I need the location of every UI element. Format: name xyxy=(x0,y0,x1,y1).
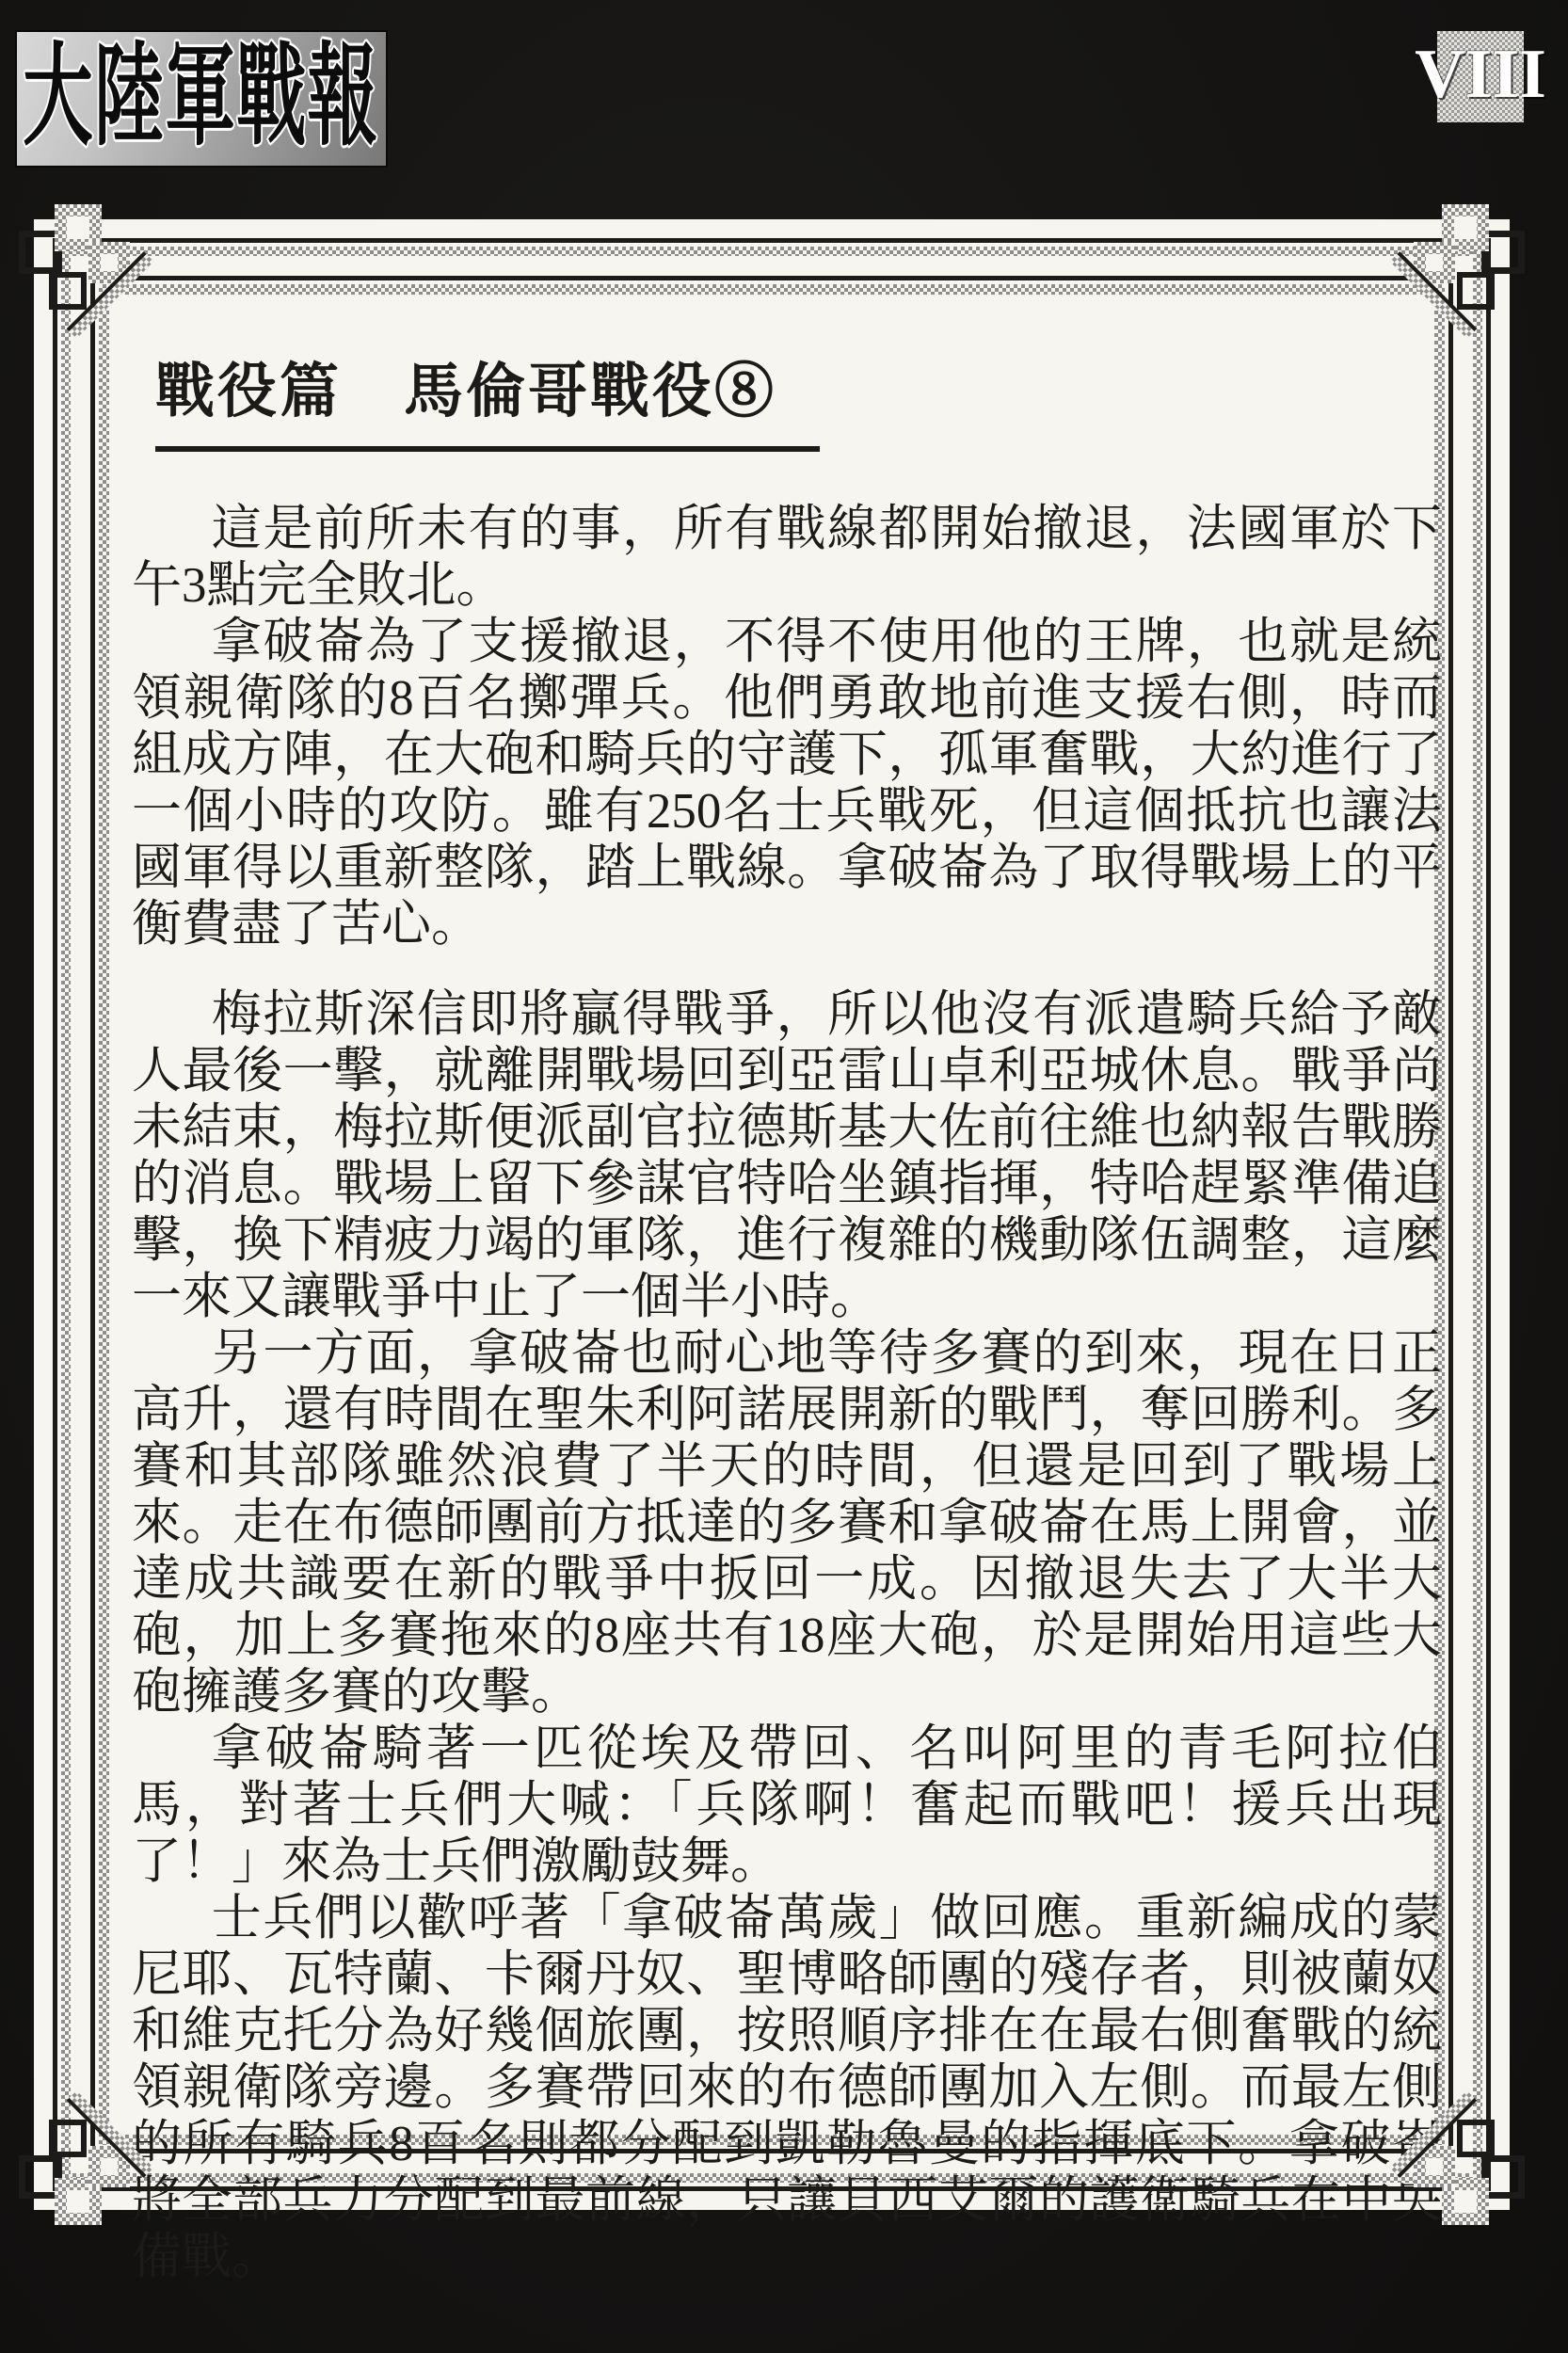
ornament-square-icon xyxy=(49,272,87,310)
paragraph: 拿破崙為了支援撤退，不得不使用他的王牌，也就是統領親衛隊的8百名擲彈兵。他們勇敢… xyxy=(132,614,1442,952)
page-number-badge: VIII xyxy=(1437,31,1524,122)
ornament-square-hole xyxy=(1426,254,1443,271)
ornament-square-hole xyxy=(1454,2190,1477,2213)
ornament-square-icon xyxy=(1457,2120,1495,2157)
frame-inner-halftone-top xyxy=(99,284,1445,295)
corner-ornament-top-left xyxy=(17,202,179,364)
frame-outer-halftone-top xyxy=(61,247,1482,256)
article-content: 戰役篇 馬倫哥戰役⑧ 這是前所未有的事，所有戰線都開始撤退，法國軍於下午3點完全… xyxy=(132,344,1442,2285)
corner-ornament-bottom-left xyxy=(17,2065,179,2227)
article-body: 這是前所未有的事，所有戰線都開始撤退，法國軍於下午3點完全敗北。 拿破崙為了支援… xyxy=(132,501,1442,2285)
corner-ornament-top-right xyxy=(1365,202,1527,364)
frame-outer-halftone-right xyxy=(1473,247,1482,2183)
paragraph: 這是前所未有的事，所有戰線都開始撤退，法國軍於下午3點完全敗北。 xyxy=(132,501,1442,614)
corner-ornament-bottom-right xyxy=(1365,2065,1527,2227)
paragraph: 拿破崙騎著一匹從埃及帶回、名叫阿里的青毛阿拉伯馬，對著士兵們大喊：「兵隊啊！奮起… xyxy=(132,1721,1442,1890)
ornament-square-hole xyxy=(1454,216,1477,239)
ornament-square-hole xyxy=(67,2190,89,2213)
ornament-square-hole xyxy=(101,2158,118,2175)
ornament-square-hole xyxy=(101,254,118,271)
article-heading: 戰役篇 馬倫哥戰役⑧ xyxy=(155,344,820,452)
ornament-square-icon xyxy=(49,2120,87,2157)
masthead-title: 大陸軍戰報 xyxy=(17,32,378,162)
frame-outer-halftone-left xyxy=(61,247,71,2183)
ornament-square-hole xyxy=(67,216,89,239)
paragraph: 另一方面，拿破崙也耐心地等待多賽的到來，現在日正高升，還有時間在聖朱利阿諾展開新… xyxy=(132,1325,1442,1721)
paragraph: 梅拉斯深信即將贏得戰爭，所以他沒有派遣騎兵給予敵人最後一擊，就離開戰場回到亞雷山… xyxy=(132,986,1442,1325)
paper-panel: 戰役篇 馬倫哥戰役⑧ 這是前所未有的事，所有戰線都開始撤退，法國軍於下午3點完全… xyxy=(34,219,1510,2210)
masthead-banner: 大陸軍戰報 xyxy=(17,32,386,166)
frame-inner-halftone-left xyxy=(99,284,109,2145)
scanned-book-page: 大陸軍戰報 VIII xyxy=(0,0,1568,2353)
ornament-square-hole xyxy=(1426,2158,1443,2175)
paragraph: 士兵們以歡呼著「拿破崙萬歲」做回應。重新編成的蒙尼耶、瓦特蘭、卡爾丹奴、聖博略師… xyxy=(132,1890,1442,2285)
ornament-square-icon xyxy=(1457,272,1495,310)
page-number: VIII xyxy=(1415,35,1546,115)
